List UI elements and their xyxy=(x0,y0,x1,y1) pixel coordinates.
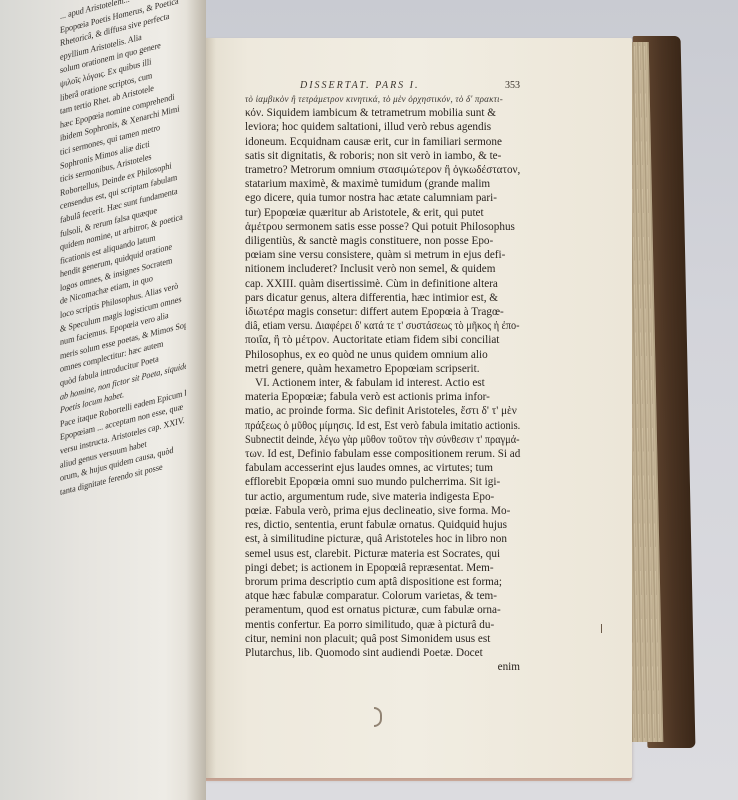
running-head-title: DISSERTAT. PARS I. xyxy=(300,80,420,91)
text-line: κόν. Siquidem iambicum & tetrametrum mob… xyxy=(245,106,520,120)
text-line: metri genere, quàm hexametro Epopœiam sc… xyxy=(245,362,520,376)
text-line: pœiam sine versu consistere, quàm si met… xyxy=(245,248,520,262)
left-page: ... apud Aristotelem...Epopœia Poetis Ho… xyxy=(0,0,206,800)
text-line: statarium maximè, & maximè tumidum (gran… xyxy=(245,177,520,191)
left-page-text: ... apud Aristotelem...Epopœia Poetis Ho… xyxy=(60,0,186,499)
text-line: trametro? Metrorum omnium στασιμώτερον ἢ… xyxy=(245,163,518,177)
text-line: tur actio, argumentum rude, sive materia… xyxy=(245,490,520,504)
text-line: atque hæc fabulæ comparatur. Colorum var… xyxy=(245,589,520,603)
right-page-text: τὸ ἰαμβικὸν ἢ τετράμετρον κινητικά, τὸ μ… xyxy=(245,92,520,674)
margin-mark xyxy=(601,624,602,633)
text-line: satis sit dignitatis, & roboris; non sit… xyxy=(245,149,520,163)
text-line: ἀμέτρου sermonem satis esse posse? Qui p… xyxy=(245,220,520,234)
text-line: pars dicatur genus, altera differentia, … xyxy=(245,291,520,305)
text-line: nitionem includeret? Inclusit verò non s… xyxy=(245,262,520,276)
text-line: cap. XXIII. quàm disertissimè. Cùm in de… xyxy=(245,277,520,291)
text-line: efflorebit Epopœia omni suo mundo pulche… xyxy=(245,475,520,489)
text-line: citur, nemini non placuit; quâ post Simo… xyxy=(245,632,520,646)
text-line: pœiæ. Fabula verò, prima ejus declineati… xyxy=(245,504,520,518)
text-line: Subnectit deinde, λέγω γὰρ μῦθον τοῦτον … xyxy=(245,433,499,447)
text-line: tur) Epopœiæ quæritur ab Aristotele, & e… xyxy=(245,206,520,220)
text-line: semel usus est, clarebit. Picturæ materi… xyxy=(245,547,520,561)
text-line: peramentum, quod est ornatus picturæ, cu… xyxy=(245,603,520,617)
text-line: mentis confertur. Ea porro similitudo, q… xyxy=(245,618,520,632)
text-line: ποιΐα, ἢ τὸ μέτρον. Auctoritate etiam fi… xyxy=(245,333,520,347)
text-line: ego dicere, quia tumor nostra hac ætate … xyxy=(245,191,520,205)
text-line: enim xyxy=(245,660,520,674)
text-line: materia Epopœiæ; fabula verò est actioni… xyxy=(245,390,520,404)
text-line: των. Id est, Definio fabulam esse compos… xyxy=(245,447,518,461)
text-line: πράξεως ὁ μῦθος μίμησις. Id est, Est ver… xyxy=(245,419,501,433)
text-line: leviora; hoc quidem saltationi, illud ve… xyxy=(245,120,520,134)
text-line: VI. Actionem inter, & fabulam id interes… xyxy=(245,376,520,390)
book-photo: DISSERTAT. PARS I. 353 τὸ ἰαμβικὸν ἢ τετ… xyxy=(0,0,738,800)
text-line: matio, ac proinde forma. Sic definit Ari… xyxy=(245,404,520,418)
text-line: est, à similitudine picturæ, quâ Aristot… xyxy=(245,532,520,546)
text-line: pingi debet; is actionem in Epopœiâ repr… xyxy=(245,561,520,575)
text-line: fabulam accesserint ejus laudes omnes, a… xyxy=(245,461,520,475)
text-line: ἰδιωτέρα magis consetur: differt autem E… xyxy=(245,305,520,319)
text-line: Plutarchus, lib. Quomodo sint audiendi P… xyxy=(245,646,520,660)
text-line: brorum prima descriptio cum aptâ disposi… xyxy=(245,575,520,589)
text-line: res, dictio, sententia, erunt fabulæ orn… xyxy=(245,518,520,532)
running-head: DISSERTAT. PARS I. 353 xyxy=(300,80,520,91)
text-line: Philosophus, ex eo quòd ne unus quidem o… xyxy=(245,348,520,362)
text-line: diâ, etiam versu. Διαφέρει δ' κατά τε τ'… xyxy=(245,319,496,333)
left-page-fold-shadow xyxy=(186,0,206,800)
text-line: τὸ ἰαμβικὸν ἢ τετράμετρον κινητικά, τὸ μ… xyxy=(245,92,520,106)
text-line: diligentiùs, & sanctè magis constituere,… xyxy=(245,234,520,248)
page-number: 353 xyxy=(505,80,520,91)
text-line: idoneum. Ecquidnam causæ erit, cur in fa… xyxy=(245,135,520,149)
